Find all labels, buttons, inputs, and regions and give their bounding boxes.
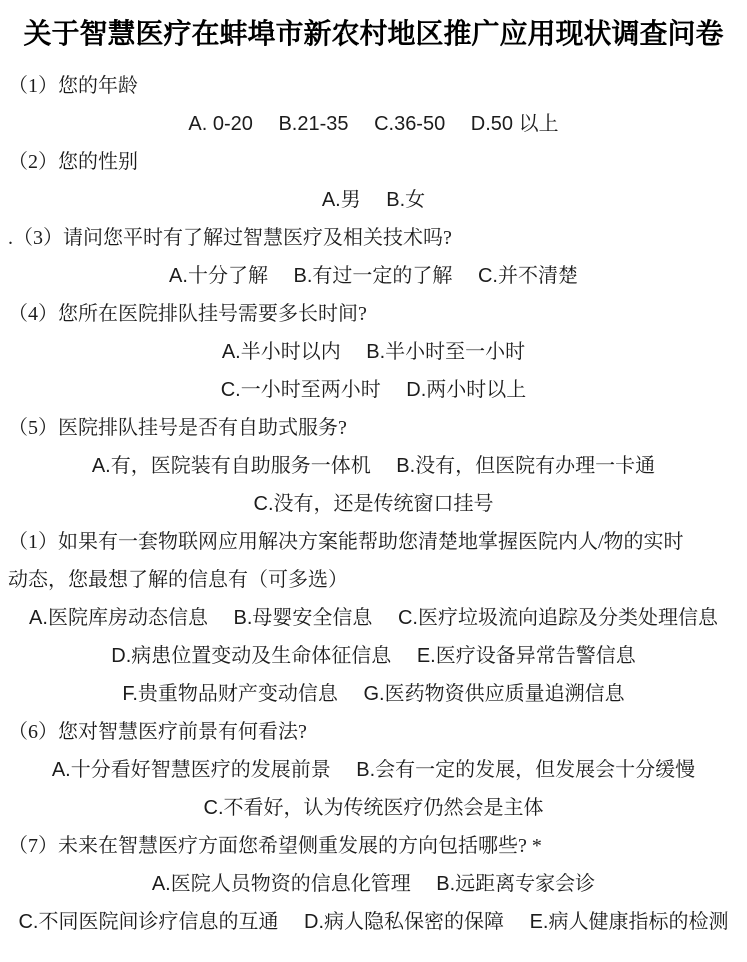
question-8-text: （7）未来在智慧医疗方面您希望侧重发展的方向包括哪些? * <box>8 827 739 865</box>
question-6-options-row-1: A.医院库房动态信息 B.母婴安全信息 C.医疗垃圾流向追踪及分类处理信息 <box>8 599 739 637</box>
question-6-text-line-2: 动态，您最想了解的信息有（可多选） <box>8 561 739 599</box>
question-7-options-row-1: A.十分看好智慧医疗的发展前景 B.会有一定的发展，但发展会十分缓慢 <box>8 751 739 789</box>
question-4-queue-time: （4）您所在医院排队挂号需要多长时间? A.半小时以内 B.半小时至一小时 C.… <box>8 295 739 409</box>
question-8-options-row-1: A.医院人员物资的信息化管理 B.远距离专家会诊 <box>8 865 739 903</box>
question-6-options-row-2: D.病患位置变动及生命体征信息 E.医疗设备异常告警信息 <box>8 637 739 675</box>
question-7-text: （6）您对智慧医疗前景有何看法? <box>8 713 739 751</box>
question-4-options-row-2: C.一小时至两小时 D.两小时以上 <box>8 371 739 409</box>
question-7-options-row-2: C.不看好，认为传统医疗仍然会是主体 <box>8 789 739 827</box>
question-8-options-row-2: C.不同医院间诊疗信息的互通 D.病人隐私保密的保障 E.病人健康指标的检测 <box>8 903 739 941</box>
questionnaire-body: （1）您的年龄 A. 0-20 B.21-35 C.36-50 D.50 以上 … <box>0 67 747 941</box>
question-4-text: （4）您所在医院排队挂号需要多长时间? <box>8 295 739 333</box>
question-4-options-row-1: A.半小时以内 B.半小时至一小时 <box>8 333 739 371</box>
question-5-options-row-1: A.有，医院装有自助服务一体机 B.没有，但医院有办理一卡通 <box>8 447 739 485</box>
questionnaire-page: 关于智慧医疗在蚌埠市新农村地区推广应用现状调查问卷 （1）您的年龄 A. 0-2… <box>0 0 747 962</box>
question-5-text: （5）医院排队挂号是否有自助式服务? <box>8 409 739 447</box>
question-5-options-row-2: C.没有，还是传统窗口挂号 <box>8 485 739 523</box>
question-2-gender: （2）您的性别 A.男 B.女 <box>8 143 739 219</box>
question-2-text: （2）您的性别 <box>8 143 739 181</box>
question-1-age: （1）您的年龄 A. 0-20 B.21-35 C.36-50 D.50 以上 <box>8 67 739 143</box>
question-8-future-direction: （7）未来在智慧医疗方面您希望侧重发展的方向包括哪些? * A.医院人员物资的信… <box>8 827 739 941</box>
question-2-options-row: A.男 B.女 <box>8 181 739 219</box>
page-title: 关于智慧医疗在蚌埠市新农村地区推广应用现状调查问卷 <box>6 14 741 54</box>
question-1-options-row: A. 0-20 B.21-35 C.36-50 D.50 以上 <box>8 105 739 143</box>
question-5-self-service: （5）医院排队挂号是否有自助式服务? A.有，医院装有自助服务一体机 B.没有，… <box>8 409 739 523</box>
question-6-iot-info: （1）如果有一套物联网应用解决方案能帮助您清楚地掌握医院内人/物的实时 动态，您… <box>8 523 739 713</box>
question-7-outlook: （6）您对智慧医疗前景有何看法? A.十分看好智慧医疗的发展前景 B.会有一定的… <box>8 713 739 827</box>
question-3-text: .（3）请问您平时有了解过智慧医疗及相关技术吗? <box>8 219 739 257</box>
question-1-text: （1）您的年龄 <box>8 67 739 105</box>
question-3-options-row: A.十分了解 B.有过一定的了解 C.并不清楚 <box>8 257 739 295</box>
question-6-options-row-3: F.贵重物品财产变动信息 G.医药物资供应质量追溯信息 <box>8 675 739 713</box>
question-6-text-line-1: （1）如果有一套物联网应用解决方案能帮助您清楚地掌握医院内人/物的实时 <box>8 523 739 561</box>
question-3-awareness: .（3）请问您平时有了解过智慧医疗及相关技术吗? A.十分了解 B.有过一定的了… <box>8 219 739 295</box>
